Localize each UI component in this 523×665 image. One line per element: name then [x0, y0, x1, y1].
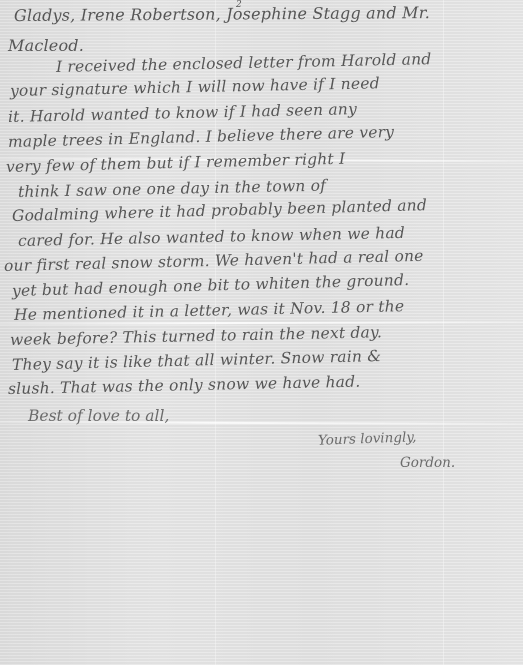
- letter-line: maple trees in England. I believe there …: [8, 123, 395, 151]
- letter-line: our first real snow storm. We haven't ha…: [4, 247, 424, 275]
- paper-fold-crease: [443, 0, 444, 665]
- signature: Gordon.: [400, 455, 455, 471]
- letter-line: Godalming where it had probably been pla…: [12, 196, 427, 225]
- letter-line: Gladys, Irene Robertson, Josephine Stagg…: [14, 3, 430, 25]
- closing-line: Best of love to all,: [28, 407, 169, 425]
- letter-line: cared for. He also wanted to know when w…: [18, 224, 405, 250]
- letter-line: They say it is like that all winter. Sno…: [12, 347, 382, 374]
- letter-line: very few of them but if I remember right…: [6, 150, 346, 176]
- letter-line: your signature which I will now have if …: [10, 74, 380, 100]
- letter-line: He mentioned it in a letter, was it Nov.…: [14, 297, 405, 324]
- letter-page: Gladys, Irene Robertson, Josephine Stagg…: [0, 0, 523, 665]
- letter-line: it. Harold wanted to know if I had seen …: [8, 100, 357, 126]
- letter-line: week before? This turned to rain the nex…: [10, 323, 382, 349]
- letter-line: yet but had enough one bit to whiten the…: [12, 271, 410, 300]
- valediction: Yours lovingly,: [318, 429, 417, 448]
- letter-line: slush. That was the only snow we have ha…: [8, 373, 361, 398]
- letter-line: Macleod.: [8, 36, 84, 55]
- letter-line: think I saw one one day in the town of: [18, 177, 326, 201]
- superscript-mark: 2: [236, 0, 242, 10]
- letter-line: I received the enclosed letter from Haro…: [56, 50, 432, 76]
